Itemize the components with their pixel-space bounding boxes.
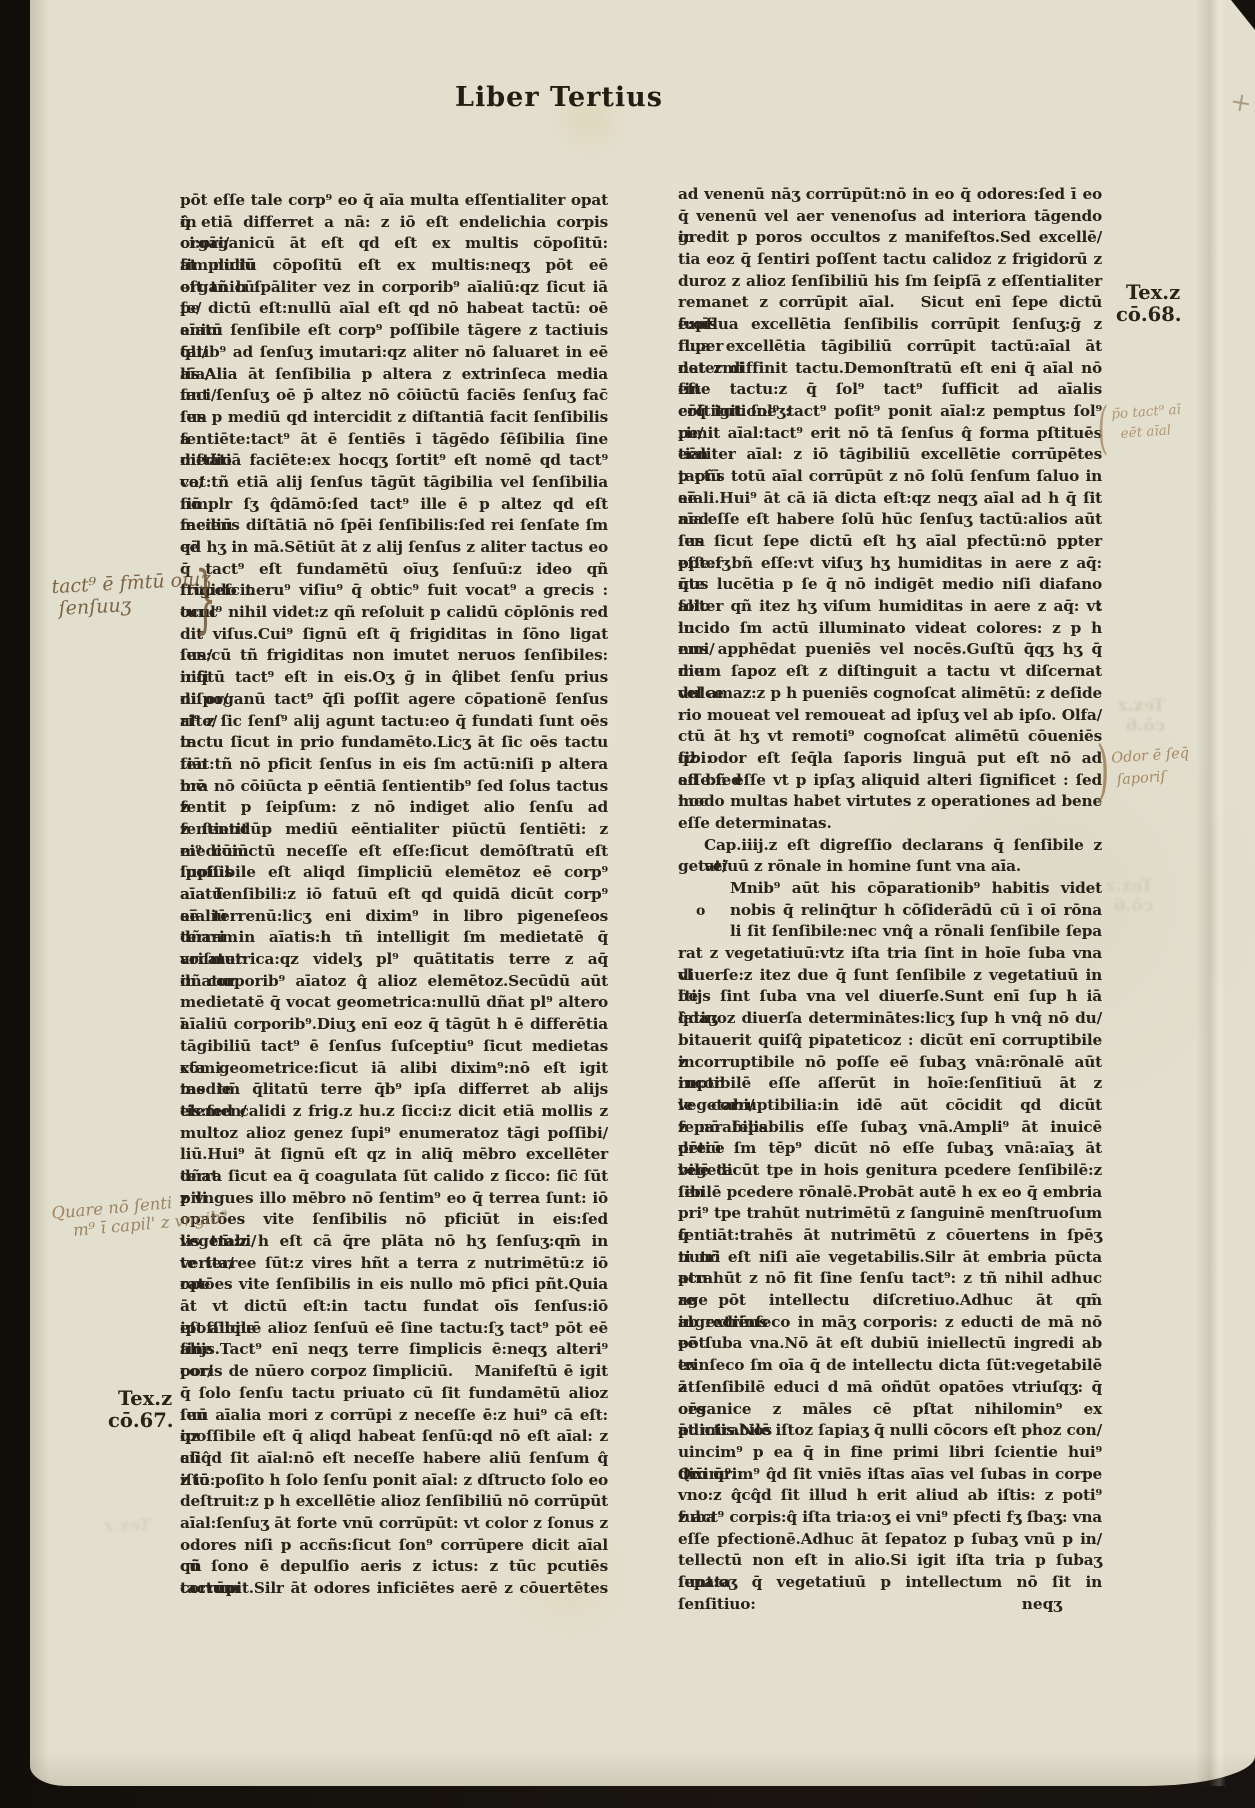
right-column-line: ſupflua excellētia ſenſibilis corrūpit ſ… bbox=[678, 314, 1102, 336]
right-column-line: rio moueat vel remoueat ad ipſuʒ vel ab … bbox=[678, 705, 1102, 727]
right-column-line: gredit p poros occultos z manifeſtos.Sed… bbox=[678, 227, 1102, 249]
left-column-line: medietatē q̄ vocat geometrica:nullū dñat… bbox=[180, 992, 608, 1014]
left-column-line: in corporib⁹ aīatoz q̂ alioz elemētoz.Se… bbox=[180, 971, 608, 993]
page-corner-shadow bbox=[1231, 0, 1255, 30]
right-column-line: dētiū ſm tēp⁹ dicūt nō eſſe ſubaʒ vnā:aī… bbox=[678, 1138, 1102, 1160]
left-column-line: te terree ſūt:z vires hñt a terra z nutr… bbox=[180, 1253, 608, 1275]
margin-reference-line: cō.68. bbox=[1116, 304, 1182, 326]
right-column-line: ad venenū nāʒ corrūpūt:nō in eo q̄ odore… bbox=[678, 184, 1102, 206]
right-column-line: lucido ſm actū illuminato videat colores… bbox=[678, 618, 1102, 640]
right-column-line: modo multas habet virtutes z operationes… bbox=[678, 791, 1102, 813]
right-column-line: getatiuū z rōnale in homine ſunt vna aīa… bbox=[678, 856, 1102, 878]
right-column-line: ctū āt hʒ vt remoti⁹ cognoſcat alimētū c… bbox=[678, 726, 1102, 748]
left-column-line: diſtātiā faciēte:ex hocqʒ ſortit⁹ eſt no… bbox=[180, 450, 608, 472]
right-column-line: tialiter aīal: z iō tāgibiliū excellētie… bbox=[678, 444, 1102, 466]
right-column-line: aīali.Hui⁹ āt cā iā dicta eſt:qz neqʒ aī… bbox=[678, 488, 1102, 510]
right-column-line: Qm̄ q̄rim⁹ q̂d ſit vniēs iſtas aīas vel … bbox=[678, 1464, 1102, 1486]
left-column-line: q̂ etiā differret a nā: z iō eſt endelic… bbox=[180, 212, 608, 234]
left-column-line: aīaliū corporib⁹.Diuʒ enī eoz q̄ tāgūt h… bbox=[180, 1014, 608, 1036]
margin-reference-com67: Tex.z cō.67. bbox=[118, 1388, 174, 1432]
right-column-line: le corruptibilia:in idē aūt cōcidit qd d… bbox=[678, 1095, 1102, 1117]
left-column-line: tāgibiliū tact⁹ ē ſenſus ſuſceptiu⁹ ſicu… bbox=[180, 1036, 608, 1058]
left-column-line: āt vt dictū eſt:in tactu fundat oīs ſenſ… bbox=[180, 1296, 608, 1318]
left-column-line: eſt tñ h ſpāliter vez in corporib⁹ aīali… bbox=[180, 277, 608, 299]
right-column-line: ſentiāt:trahēs āt nutrimētū z cōuertens … bbox=[678, 1225, 1102, 1247]
left-column-line: ariſmetrica:qz videlʒ pl⁹ quātitatis ter… bbox=[180, 949, 608, 971]
left-column-line: tas tm̄ q̄litatū terre q̄b⁹ ipſa differr… bbox=[180, 1079, 608, 1101]
right-column-line: pri⁹ tpe trahūt nutrimētū z ſanguinē men… bbox=[678, 1203, 1102, 1225]
left-column-line: pōt eſſe tale corp⁹ eo q̄ aīa multa eſſe… bbox=[180, 190, 608, 212]
ink-bleedthrough-ghost: Tex.zcō.6 bbox=[1118, 696, 1165, 736]
right-column-line: ruptibilē eſſe aſſerūt in hoīe:ſenſitiuū… bbox=[678, 1073, 1102, 1095]
right-column-line: p pñs totū aīal corrūpūt z nō ſolū ſenſu… bbox=[678, 466, 1102, 488]
right-column-line: dium ſapoz eſt z diſtinguit a tactu vt d… bbox=[678, 661, 1102, 683]
left-column-line: faciens diſtātiā nō ſpēi ſenſibilis:ſed … bbox=[180, 515, 608, 537]
right-column-line: tia eoz q̄ ſentiri poſſent tactu calidoz… bbox=[678, 249, 1102, 271]
right-column-line: flua excellētia tāgibiliū corrūpit tactū… bbox=[678, 336, 1102, 358]
left-column-line: qd hʒ in mā.Sētiūt āt z alij ſenſus z al… bbox=[180, 537, 608, 559]
left-column-line: bra nō cōiūcta p eēntiā ſentientib⁹ ſed … bbox=[180, 776, 608, 798]
right-column-line: nus apphēdat pueniēs vel nocēs.Guſtū q̄q… bbox=[678, 639, 1102, 661]
right-column-line: z ſenſibilē educi d mā oñdūt opatōes vtr… bbox=[678, 1377, 1102, 1399]
left-column-line: poris de nūero corpoz ſimpliciū. Manifeſ… bbox=[180, 1361, 608, 1383]
left-column-line: terra ſicut ea q̄ coagulata ſūt calido z… bbox=[180, 1166, 608, 1188]
left-column-line: tiāt:tñ nō pficit ſenſus in eis ſm actū:… bbox=[180, 754, 608, 776]
right-column-line: ptrahūt z nō fit ſine ſenſu tact⁹: z tñ … bbox=[678, 1268, 1102, 1290]
left-column-line: ſimplr ſʒ q̂dāmō:ſed tact⁹ ille ē p alte… bbox=[180, 494, 608, 516]
left-column-line: q̄ tact⁹ eſt fundamētū oīuʒ ſenſuū:z ide… bbox=[180, 559, 608, 581]
right-column-line: duroz z alioz ſenſibiliū his ſm ſeipſā z… bbox=[678, 271, 1102, 293]
right-column-line: eſſe pfectionē.Adhuc āt ſepatoz p ſubaʒ … bbox=[678, 1529, 1102, 1551]
right-column-line: ſine tactu:z q̄ ſol⁹ tact⁹ ſufficit ad a… bbox=[678, 379, 1102, 401]
right-column-line: eſſe determinatas. bbox=[678, 813, 1102, 835]
left-column-line: corrūpit.Silr āt odores inficiētes aerē … bbox=[180, 1578, 608, 1600]
left-column-line: dñari in aīatis:h tñ intelligit ſm medie… bbox=[180, 927, 608, 949]
left-column-line: q̄ ſolo ſenſu tactu priuato cū ſit funda… bbox=[180, 1383, 608, 1405]
left-column-line: ipoſſibile eſt q̄ aliqd habeat ſenſū:qd … bbox=[180, 1426, 608, 1448]
right-column-line: ab extrinſeco in māʒ corporis: z educti … bbox=[678, 1312, 1102, 1334]
right-column-line: bitauerit quiſq̂ pipateticoz : dicūt enī… bbox=[678, 1030, 1102, 1052]
left-column-line: tactu ſicut in prio fundamēto.Licʒ āt ſi… bbox=[180, 732, 608, 754]
left-column-line: xta geometrice:ſicut iā alibi dixim⁹:nō … bbox=[180, 1058, 608, 1080]
handwritten-note-right-2: Odor ē ſeq̄ ſaporiſ bbox=[1111, 745, 1191, 788]
left-column-line: deſtruit:z p h excellētie alioz ſenſibil… bbox=[180, 1491, 608, 1513]
left-column-line: opatōes vite ſenſibilis nō pficiūt in ei… bbox=[180, 1209, 608, 1231]
left-column-line: lis.Alia āt ſenſibilia p altera z extrin… bbox=[180, 364, 608, 386]
left-column-line: ſus p mediū qd intercidit z diſtantiā fa… bbox=[180, 407, 608, 429]
right-column-line: li ſit ſenſibile:nec vnq̂ a rōnali ſenſi… bbox=[678, 921, 1102, 943]
left-column-line: aīal:ſenſuʒ āt forte vnū corrūpūt: vt co… bbox=[180, 1513, 608, 1535]
right-column-line: rat z vegetatiuū:vtz iſta tria ſint in h… bbox=[678, 943, 1102, 965]
right-column-line: rimit aīal:tact⁹ erit nō tā ſenſus q̂ fo… bbox=[678, 423, 1102, 445]
right-column-line: Cap.iiij.z eſt digreſſio declarans q̄ ſe… bbox=[678, 835, 1102, 857]
left-column-line: aīa ſenſibili:z iō fatuū eſt qd quidā di… bbox=[180, 884, 608, 906]
left-column-line: unt ſenſuʒ oē p̄ altez nō cōiūctū faciēs… bbox=[180, 385, 608, 407]
right-column-line: nus lucētia p ſe q̄ nō indigēt medio niſ… bbox=[678, 574, 1102, 596]
left-column-line: eē terrenū:licʒ eni dixim⁹ in libro pige… bbox=[180, 906, 608, 928]
left-column-line: tis:ſed calidi z frig.z hu.z ſicci:z dic… bbox=[180, 1101, 608, 1123]
right-column-line: organice z māles cē pſtat nihilomin⁹ ex … bbox=[678, 1399, 1102, 1421]
left-column-line: z ſentit p mediū eēntialiter piūctū ſent… bbox=[180, 819, 608, 841]
ink-bleedthrough-ghost: Tex.zcō.6 bbox=[1106, 876, 1153, 916]
text-column-right: o ad venenū nāʒ corrūpūt:nō in eo q̄ odo… bbox=[678, 184, 1102, 1615]
right-column-line: ppter bñ eſſe:vt viſuʒ hʒ humiditas in a… bbox=[678, 553, 1102, 575]
right-column-line: z act⁹ corpis:q̂ iſta tria:oʒ ei vni⁹ pf… bbox=[678, 1507, 1102, 1529]
right-column-line: neceſſe eſt habere ſolū hūc ſenſuʒ tactū… bbox=[678, 509, 1102, 531]
left-column-line: frigido neru⁹ viſiu⁹ q̄ obtic⁹ fuit voca… bbox=[180, 580, 608, 602]
left-column-line: inq̄tū tact⁹ eſt in eis.Oʒ ḡ in q̂libet … bbox=[180, 667, 608, 689]
left-column-line: eſt aliquē alioz ſenſuū eē ſine tactu:ſʒ… bbox=[180, 1318, 608, 1340]
initial-guide-letter: o bbox=[696, 903, 705, 919]
right-column-line: uincim⁹ p ea q̄ in fine primi libri ſcie… bbox=[678, 1442, 1102, 1464]
right-column-line: ſibilē pcedere rōnalē.Probāt autē h ex e… bbox=[678, 1182, 1102, 1204]
left-column-line: ei⁹ cōiūctū neceſſe eſt eſſe:ſicut demōſ… bbox=[180, 841, 608, 863]
right-column-line: nobis q̄ relinq̄tur h cōſiderādū cū ī oī… bbox=[678, 900, 1102, 922]
right-column-line: ſus ſicut ſepe dictū eſt hʒ aīal pfectū:… bbox=[678, 531, 1102, 553]
left-column-line: āt nullū cōpoſitū eſt ex multis:neqʒ pōt… bbox=[180, 255, 608, 277]
left-column-line: ratōes vite ſenſibilis in eis nullo mō p… bbox=[180, 1274, 608, 1296]
right-column-line: qz odor eſt ſeq̄la ſaporis linguā put eſ… bbox=[678, 748, 1102, 770]
right-column-line: z nō ſepabilis eſſe ſubaʒ vnā.Ampli⁹ āt … bbox=[678, 1117, 1102, 1139]
left-column-line: dit viſus.Cui⁹ ſignū eſt q̄ frigiditas i… bbox=[180, 624, 608, 646]
margin-reference-line: Tex.z bbox=[118, 1388, 174, 1410]
right-column-line: aliter qñ itez hʒ viſum humiditas in aer… bbox=[678, 596, 1102, 618]
left-column-line: aīatū ſenſibile eſt corp⁹ poſſibile tāge… bbox=[180, 320, 608, 342]
margin-reference-line: cō.67. bbox=[108, 1410, 174, 1432]
right-column-line: incorruptibile nō poſſe eē ſubaʒ vnā:rōn… bbox=[678, 1052, 1102, 1074]
right-column-line: bilē dicūt tpe in hois genitura pcedere … bbox=[678, 1160, 1102, 1182]
right-column-line: erq̄ igit ſol⁹ tact⁹ poſit⁹ ponit aīal:z… bbox=[678, 401, 1102, 423]
left-column-line: lis tm̄:z h eſt cā q̄re plāta nō hʒ ſenſ… bbox=[180, 1231, 608, 1253]
handwritten-note-right-1: p̃o tact⁹ aī eēt aīal bbox=[1111, 402, 1183, 443]
right-column-line: vno:z q̂cq̂d ſit illud h erit aliud ab i… bbox=[678, 1485, 1102, 1507]
running-title: Liber Tertius bbox=[30, 82, 1088, 113]
ink-bleedthrough-ghost: Tex.z bbox=[104, 1516, 151, 1536]
right-column-line: nat z diffinit tactu.Demonſtratū eſt eni… bbox=[678, 358, 1102, 380]
left-column-line: ni organū tact⁹ q̄ſi poſſit agere cōpati… bbox=[180, 689, 608, 711]
left-column-line: ipoſſibile eſt aliqd ſimpliciū elemētoz … bbox=[180, 862, 608, 884]
right-column-line: ad bñ eſſe vt p ipſaʒ aliquid alteri ſig… bbox=[678, 770, 1102, 792]
right-column-line: ſtijs ſint ſuba vna vel diuerſe.Sunt enī… bbox=[678, 986, 1102, 1008]
left-column-line: cat:tñ etiā alij ſenſus tāgūt tāgibilia … bbox=[180, 472, 608, 494]
left-column-line: ſentit p ſeipſum: z nō indiget alio ſenſ… bbox=[180, 797, 608, 819]
left-column-line: multoz alioz genez ſupi⁹ enumeratoz tāgi… bbox=[180, 1123, 608, 1145]
handwritten-line: p̃o tact⁹ aī bbox=[1111, 402, 1182, 423]
right-column-line: vel amaz:z p h pueniēs cognoſcat alimētū… bbox=[678, 683, 1102, 705]
right-column-line: Mnib⁹ aūt his cōparationib⁹ habitis vide… bbox=[678, 878, 1102, 900]
left-column-line: ri⁹ z ſic ſenſ⁹ alij agunt tactu:eo q̄ f… bbox=[180, 711, 608, 733]
left-column-line: z vngues illo mēbro nō ſentim⁹ eo q̄ ter… bbox=[180, 1188, 608, 1210]
left-column-line: ſentiēte:tact⁹ āt ē ſentiēs ī tāgēdo ſēſ… bbox=[180, 429, 608, 451]
right-column-line: q̄ venenū vel aer venenoſus ad interiora… bbox=[678, 206, 1102, 228]
right-column-line: trinſeco ſm oīa q̄ de intellectu dicta ſ… bbox=[678, 1355, 1102, 1377]
left-column-line: pe dictū eſt:nullū aīal eſt qd nō habeat… bbox=[180, 298, 608, 320]
margin-reference-line: Tex.z bbox=[1126, 282, 1182, 304]
right-column-line: re pōt intellectu diſcretiuo.Adhuc āt qm… bbox=[678, 1290, 1102, 1312]
handwritten-note-left-1: tact⁹ ē fm̄tū oīuʒ ſenſuuʒ bbox=[51, 568, 213, 620]
right-column-line: remanet z corrūpit aīal. Sicut enī ſepe … bbox=[678, 292, 1102, 314]
right-column-line: latinoz diuerſa determinātes:licʒ ſup h … bbox=[678, 1008, 1102, 1030]
right-column-line: ti nō eſt niſi aīe vegetabilis.Silr āt e… bbox=[678, 1247, 1102, 1269]
left-column-line: ocul⁹ nihil videt:z qñ reſoluit p calidū… bbox=[180, 602, 608, 624]
left-column-line: ci:organicū āt eſt qd eſt ex multis cōpo… bbox=[180, 233, 608, 255]
right-column-line: ſunt:oʒ q̄ vegetatiuū p intellectum nō ſ… bbox=[678, 1572, 1102, 1594]
left-column-line: alijs.Tact⁹ enī neqʒ terre ſimplicis ē:n… bbox=[180, 1339, 608, 1361]
left-column-line: liū.Hui⁹ āt ſignū eſt qz in aliq̄ mēbro … bbox=[180, 1144, 608, 1166]
right-column-line: āt mirabilē iſtoz ſapiaʒ q̄ nulli cōcors… bbox=[678, 1420, 1102, 1442]
left-column-line: ſuū aīalia mori z corrūpi z neceſſe ē:z … bbox=[180, 1405, 608, 1427]
right-column-line: eē ſuba vna.Nō āt eſt dubiū iniellectū i… bbox=[678, 1333, 1102, 1355]
left-column-line: z iō poſito h ſolo ſenſu ponit aīal: z d… bbox=[180, 1470, 608, 1492]
left-column-line: cū ſono ē depulſio aeris z ictus: z tūc … bbox=[180, 1556, 608, 1578]
text-column-left: pōt eſſe tale corp⁹ eo q̄ aīa multa eſſe… bbox=[180, 190, 608, 1600]
left-column-line: aliq̂d ſit aīal:nō eſt neceſſe habere al… bbox=[180, 1448, 608, 1470]
left-column-line: ſus:cū tñ frigiditas non imutet neruos ſ… bbox=[180, 645, 608, 667]
left-column-line: odores niſi p accñs:ſicut ſon⁹ corrūpere… bbox=[180, 1535, 608, 1557]
right-column-line: diuerſe:z itez due q̄ ſunt ſenſibile z v… bbox=[678, 965, 1102, 987]
margin-reference-com68: Tex.z cō.68. bbox=[1126, 282, 1182, 326]
right-column-line: tellectū non eſt in alio.Si igit iſta tr… bbox=[678, 1550, 1102, 1572]
left-column-line: tatib⁹ ad ſenſuʒ imutari:qz aliter nō ſa… bbox=[180, 342, 608, 364]
